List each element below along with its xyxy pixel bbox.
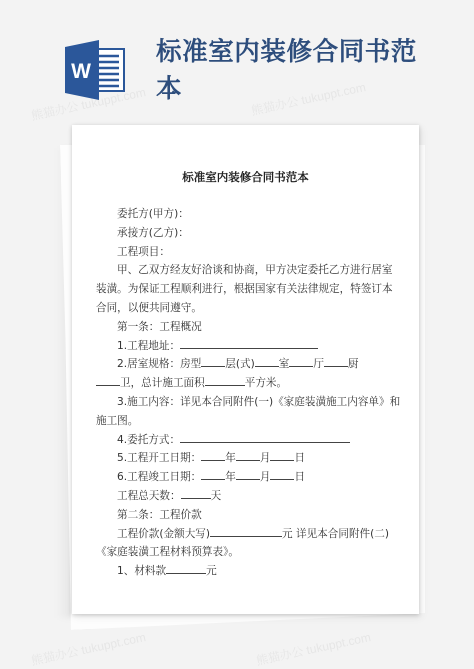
floor-label: 层(式) bbox=[225, 358, 254, 370]
document-body: 委托方(甲方)： 承接方(乙方)： 工程项目： 甲、乙双方经友好洽谈和协商，甲方… bbox=[96, 205, 401, 581]
blank bbox=[270, 468, 294, 480]
blank bbox=[255, 355, 279, 367]
day-label: 日 bbox=[294, 471, 305, 483]
commission-label: 4.委托方式： bbox=[117, 434, 180, 446]
party-a-line: 委托方(甲方)： bbox=[96, 205, 401, 224]
blank bbox=[96, 374, 120, 386]
address-line: 1.工程地址： bbox=[96, 337, 401, 356]
start-date-label: 5.工程开工日期： bbox=[117, 452, 201, 464]
material-cost-line: 1、材料款元 bbox=[96, 562, 401, 581]
end-date-line: 6.工程竣工日期：年月日 bbox=[96, 468, 401, 487]
room-spec-label: 2.居室规格：房型 bbox=[117, 358, 201, 370]
end-date-label: 6.工程竣工日期： bbox=[117, 471, 201, 483]
blank bbox=[201, 468, 225, 480]
month-label: 月 bbox=[260, 471, 271, 483]
hall-label: 厅 bbox=[313, 358, 324, 370]
blank bbox=[236, 449, 260, 461]
party-b-line: 承接方(乙方)： bbox=[96, 224, 401, 243]
total-days-line: 工程总天数：天 bbox=[96, 487, 401, 506]
hero-title: 标准室内装修合同书范本 bbox=[156, 34, 436, 108]
room-label: 室 bbox=[279, 358, 290, 370]
price-blank bbox=[210, 525, 282, 537]
area-blank bbox=[205, 374, 245, 386]
blank bbox=[201, 449, 225, 461]
day-label: 日 bbox=[294, 452, 305, 464]
start-date-line: 5.工程开工日期：年月日 bbox=[96, 449, 401, 468]
material-label: 1、材料款 bbox=[117, 565, 166, 577]
total-days-label: 工程总天数： bbox=[117, 490, 181, 502]
document-title: 标准室内装修合同书范本 bbox=[72, 169, 419, 185]
intro-paragraph: 甲、乙双方经友好洽谈和协商，甲方决定委托乙方进行居室装潢。为保证工程顺利进行，根… bbox=[96, 261, 401, 317]
commission-method-line: 4.委托方式： bbox=[96, 431, 401, 450]
address-blank bbox=[180, 337, 318, 349]
commission-blank bbox=[180, 431, 350, 443]
svg-text:W: W bbox=[71, 60, 91, 83]
header: W 标准室内装修合同书范本 bbox=[0, 0, 474, 125]
watermark: 熊猫办公 tukuppt.com bbox=[30, 628, 148, 669]
blank bbox=[236, 468, 260, 480]
blank bbox=[324, 355, 348, 367]
blank bbox=[181, 487, 211, 499]
blank bbox=[201, 355, 225, 367]
article-2-heading: 第二条：工程价款 bbox=[96, 506, 401, 525]
material-unit: 元 bbox=[206, 565, 217, 577]
room-spec-line-2: 卫，总计施工面积平方米。 bbox=[96, 374, 401, 393]
area-unit: 平方米。 bbox=[245, 377, 287, 389]
construction-content-line: 3.施工内容：详见本合同附件(一)《家庭装潢施工内容单》和施工图。 bbox=[96, 393, 401, 431]
days-unit: 天 bbox=[211, 490, 222, 502]
blank bbox=[166, 562, 206, 574]
bath-label: 卫，总计施工面积 bbox=[120, 377, 205, 389]
article-1-heading: 第一条：工程概况 bbox=[96, 318, 401, 337]
document-page: 标准室内装修合同书范本 委托方(甲方)： 承接方(乙方)： 工程项目： 甲、乙双… bbox=[72, 125, 419, 614]
blank bbox=[289, 355, 313, 367]
kitchen-label: 厨 bbox=[348, 358, 359, 370]
year-label: 年 bbox=[225, 452, 236, 464]
price-line: 工程价款(金额大写)元 详见本合同附件(二)《家庭装潢工程材料预算表》。 bbox=[96, 525, 401, 563]
blank bbox=[270, 449, 294, 461]
room-spec-line: 2.居室规格：房型层(式)室厅厨 bbox=[96, 355, 401, 374]
word-icon: W bbox=[65, 40, 127, 100]
project-line: 工程项目： bbox=[96, 243, 401, 262]
price-label: 工程价款(金额大写) bbox=[117, 528, 210, 540]
watermark: 熊猫办公 tukuppt.com bbox=[255, 628, 373, 669]
address-label: 1.工程地址： bbox=[117, 340, 180, 352]
month-label: 月 bbox=[260, 452, 271, 464]
year-label: 年 bbox=[225, 471, 236, 483]
